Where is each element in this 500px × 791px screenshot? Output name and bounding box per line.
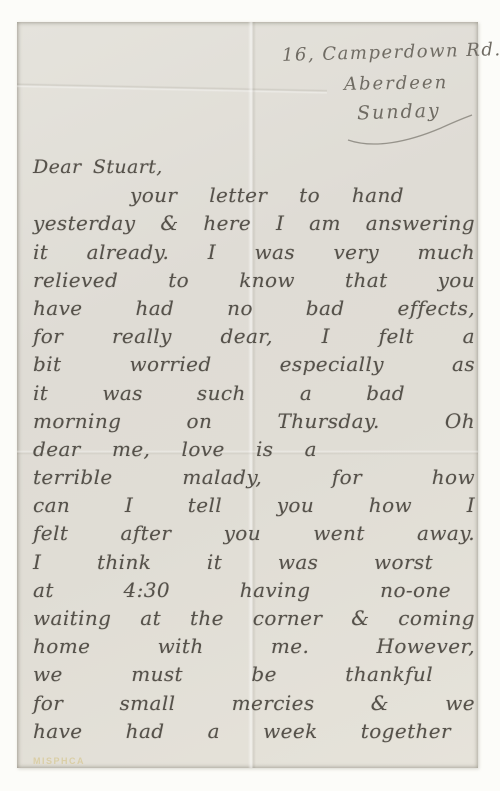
pencil-flourish	[346, 112, 474, 150]
body-line: felt after you went away.	[33, 519, 475, 547]
body-line: for really dear, I felt a	[33, 322, 475, 350]
body-line: for small mercies & we	[33, 689, 475, 717]
body-line: home with me. However,	[33, 632, 475, 660]
body-line: have had no bad effects,	[33, 294, 475, 322]
body-line: yesterday & here I am answering	[33, 209, 475, 237]
body-line: morning on Thursday. Oh	[33, 407, 475, 435]
body-line: waiting at the corner & coming	[33, 604, 475, 632]
body-line: bit worried especially as	[33, 350, 475, 378]
body-line: your letter to hand	[130, 181, 404, 209]
body-line: have had a week together	[33, 717, 451, 745]
body-line: terrible malady, for how	[33, 463, 475, 491]
archive-stamp: MISPHCA	[33, 756, 85, 766]
body-line: it already. I was very much	[33, 238, 475, 266]
body-line: we must be thankful	[33, 660, 433, 688]
body-line: it was such a bad	[33, 379, 405, 407]
salutation: Dear Stuart,	[33, 153, 475, 181]
body-line: can I tell you how I	[33, 491, 475, 519]
body-line: dear me, love is a	[33, 435, 317, 463]
body-line: relieved to know that you	[33, 266, 475, 294]
address-line-2: Aberdeen	[344, 72, 449, 95]
letter-body: Dear Stuart, your letter to hand yesterd…	[33, 153, 475, 745]
letter-scan: 16, Camperdown Rd. Aberdeen Sunday Dear …	[0, 0, 500, 791]
body-line: at 4:30 having no-one	[33, 576, 451, 604]
body-line: I think it was worst	[33, 548, 433, 576]
